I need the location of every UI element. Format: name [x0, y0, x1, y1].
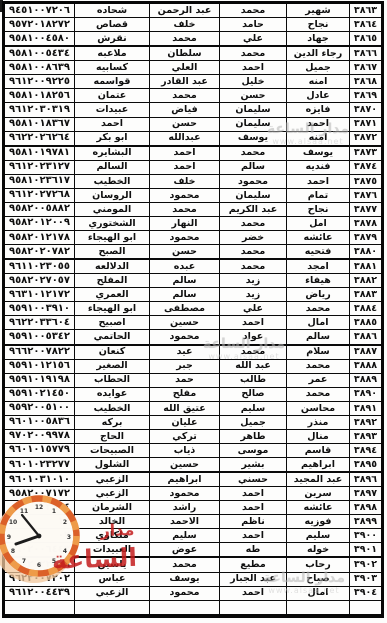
- father-name-cell: حامد: [219, 18, 286, 31]
- father-name-cell: محمد: [219, 147, 286, 160]
- serial-cell: ٣٨٧٣: [349, 147, 381, 160]
- national-number-cell: ٩٥٨١٠٢٣٦١٧: [5, 175, 74, 188]
- grandfather-name-cell: حسين: [149, 458, 219, 471]
- grandfather-name-cell: حسين: [149, 316, 219, 329]
- grandfather-name-cell: النهار: [149, 217, 219, 230]
- family-name-cell: الزعبي: [74, 487, 149, 500]
- grandfather-name-cell: عبدالله: [149, 132, 219, 145]
- serial-cell: ٣٨٩٣: [349, 430, 381, 443]
- father-name-cell: عبد الله: [219, 360, 286, 373]
- father-name-cell: جميل: [219, 416, 286, 429]
- father-name-cell: محمود: [219, 175, 286, 188]
- table-row: ٣٨٨٩عمرطالبحمدالحطاب٩٥٩١٠١٩١٩٨: [5, 374, 381, 388]
- national-number-cell: ٩٥٨٢٠٢٠٧٨٢: [5, 245, 74, 258]
- father-name-cell: بشير: [219, 458, 286, 471]
- national-number-cell: ٩٧٠٢٠٠٩٩٧٨: [5, 430, 74, 443]
- father-name-cell: سليمان: [219, 103, 286, 116]
- serial-cell: ٣٨٧٧: [349, 203, 381, 216]
- father-name-cell: سليم: [219, 402, 286, 415]
- father-name-cell: محمد: [219, 47, 286, 60]
- first-name-cell: امنه: [286, 75, 349, 88]
- serial-cell: ٣٨٩٢: [349, 416, 381, 429]
- family-name-cell: ابو بكر: [74, 132, 149, 145]
- table-row: ٣٨٩٥ابراهيمبشيرحسينالشلول٩٦٠١٠٢٣٢٧٧: [5, 458, 381, 472]
- father-name-cell: مطيع: [219, 558, 286, 571]
- national-number-cell: ٩٥٩١٠٠٥٣٤٢: [5, 330, 74, 343]
- serial-cell: ٣٨٩٩: [349, 515, 381, 528]
- national-number-cell: ٩٥٧٢٠١٨٢٧٢: [5, 18, 74, 31]
- table-row: ٣٨٦٧جميلاحمدالعليكسابيه٩٥٨١٠٠٨٦٣٩: [5, 61, 381, 75]
- father-name-cell: عبد الكريم: [219, 203, 286, 216]
- first-name-cell: نجاح: [286, 203, 349, 216]
- family-name-cell: الزعبي: [74, 473, 149, 486]
- national-number-cell: ٩٤٥١٠٠٧٢٠٦: [5, 4, 74, 17]
- grandfather-name-cell: يوسف: [149, 573, 219, 586]
- father-name-cell: صالح: [219, 388, 286, 401]
- national-number-cell: ٩٦٠٢٠٢٢٤٤٩: [5, 558, 74, 571]
- grandfather-name-cell: عبد القادر: [149, 75, 219, 88]
- serial-cell: ٣٨٨٨: [349, 360, 381, 373]
- serial-cell: ٣٨٩٦: [349, 473, 381, 486]
- father-name-cell: احمد: [219, 61, 286, 74]
- grandfather-name-cell: حسن: [149, 118, 219, 131]
- grandfather-name-cell: احمد: [149, 161, 219, 174]
- family-name-cell: الزعبي: [74, 587, 149, 600]
- national-number-cell: ٩٥٨١٠٠٥٤٣٤: [5, 47, 74, 60]
- father-name-cell: طه: [219, 543, 286, 556]
- family-name-cell: الحاتمي: [74, 330, 149, 343]
- national-number-cell: ٩٦١٢٠٢٣١٢٧: [5, 161, 74, 174]
- family-name-cell: الشرمان: [74, 501, 149, 514]
- serial-cell: ٣٨٧٩: [349, 231, 381, 244]
- national-number-cell: ٩٦٠٢٠٠٦٤٤٣: [5, 543, 74, 556]
- national-number-cell: ٩٥٨١٠٠٤٥٨٠: [5, 32, 74, 45]
- table-row: ٣٨٧٩عائشهخضرمحمودابو الهيجاء٩٥٨٢٠١٢١٧٨: [5, 231, 381, 245]
- first-name-cell: جميل: [286, 61, 349, 74]
- table-row: ٣٨٨٢هيفاءزيدسالمالمفلح٩٥٨٢٠٢٧٠٥٧: [5, 274, 381, 288]
- grandfather-name-cell: عيد: [149, 346, 219, 359]
- serial-cell: ٣٨٦٨: [349, 75, 381, 88]
- family-name-cell: المفلح: [74, 274, 149, 287]
- family-name-cell: احمد: [74, 118, 149, 131]
- family-name-cell: ملكاوي: [74, 529, 149, 542]
- father-name-cell: يوسف: [219, 132, 286, 145]
- first-name-cell: رحاب: [286, 558, 349, 571]
- national-number-cell: ٩٥٨٢٠١٢٠٠٩: [5, 217, 74, 230]
- father-name-cell: محمد: [219, 4, 286, 17]
- grandfather-name-cell: محمد: [149, 203, 219, 216]
- father-name-cell: احمد: [219, 487, 286, 500]
- grandfather-name-cell: سلطان: [149, 47, 219, 60]
- table-row: ٣٨٩٩فوزيهناظمالاحمدالخالد١٧: [5, 515, 381, 529]
- father-name-cell: علي: [219, 302, 286, 315]
- table-row: ٣٨٧٤فنديهسالماحمدالسالم٩٦١٢٠٢٣١٢٧: [5, 161, 381, 175]
- serial-cell: ٣٨٩٤: [349, 444, 381, 457]
- serial-cell: ٣٨٦٩: [349, 89, 381, 102]
- first-name-cell: رجاء الدين: [286, 47, 349, 60]
- national-number-cell: ٩٥٨٢٠٠٧١٧٢: [5, 487, 74, 500]
- first-name-cell: يوسف: [286, 147, 349, 160]
- national-number-cell: ٩٦٢٢٠٠٧٢٠٢: [5, 573, 74, 586]
- serial-cell: ٣٨٧١: [349, 118, 381, 131]
- national-number-cell: ٩٥٩١٠٢١٤٥٠: [5, 388, 74, 401]
- national-number-cell: ٩٦٠١٠١٥٧٧٩: [5, 444, 74, 457]
- table-row: ٣٨٩٧سريناحمدمحمودالزعبي٩٥٨٢٠٠٧١٧٢: [5, 487, 381, 501]
- national-number-cell: ٩٥٨٢٠٢٧٠٥٧: [5, 274, 74, 287]
- family-name-cell: العمري: [74, 288, 149, 301]
- grandfather-name-cell: محمود: [149, 231, 219, 244]
- table-row: ٣٩٠٠سليماحمدسليمملكاوي٠٧: [5, 529, 381, 543]
- father-name-cell: [219, 601, 286, 614]
- grandfather-name-cell: عوض: [149, 543, 219, 556]
- national-number-cell: ٩٦٠١٠٢٣٢٧٧: [5, 458, 74, 471]
- first-name-cell: امنه: [286, 132, 349, 145]
- national-number-cell: ٩٥٩٢٠٠٥١٠٠: [5, 402, 74, 415]
- table-row: ٣٨٨١امجدمحمدعبدهالدلالعه٩٦١١٠٢٣٠٥٥: [5, 259, 381, 274]
- table-row: ٣٨٦٣شهيرمحمدعبد الرحمنشحاده٩٤٥١٠٠٧٢٠٦: [5, 4, 381, 18]
- family-name-cell: ملاعبه: [74, 47, 149, 60]
- table-row: ٣٨٧١احمدسليمانحسناحمد٩٥٨١٠١٨٣٦٧: [5, 118, 381, 132]
- national-number-cell: ٩٦٢٢٠٢٦٢٦٤: [5, 132, 74, 145]
- grandfather-name-cell: احمد: [149, 147, 219, 160]
- grandfather-name-cell: الاحمد: [149, 515, 219, 528]
- grandfather-name-cell: تركي: [149, 430, 219, 443]
- serial-cell: ٣٩٠٢: [349, 558, 381, 571]
- father-name-cell: طالب: [219, 374, 286, 387]
- table-row: ٣٨٩٠محمدصالحمفلحعوايده٩٥٩١٠٢١٤٥٠: [5, 388, 381, 402]
- grandfather-name-cell: [149, 601, 219, 614]
- national-number-cell: ٩٥٩١٠٠٣٩١٠: [5, 302, 74, 315]
- serial-cell: ٣٨٩٠: [349, 388, 381, 401]
- first-name-cell: شهير: [286, 4, 349, 17]
- serial-cell: ٣٩٠٣: [349, 573, 381, 586]
- first-name-cell: سليم: [286, 529, 349, 542]
- national-number-cell: ٠٣٩٩٤: [5, 501, 74, 514]
- table-row: ٣٨٨٤محمدعليمصطفىابو الهيجاء٩٥٩١٠٠٣٩١٠: [5, 302, 381, 316]
- family-name-cell: [74, 601, 149, 614]
- table-row: ٣٨٦٩عادلحسنمحمدعتمان٩٥٨١٠١٨٢٥٦: [5, 89, 381, 103]
- grandfather-name-cell: خلف: [149, 18, 219, 31]
- father-name-cell: عبد الجبار: [219, 573, 286, 586]
- father-name-cell: محمد: [219, 217, 286, 230]
- serial-cell: ٣٨٧٨: [349, 217, 381, 230]
- family-name-cell: الشختوري: [74, 217, 149, 230]
- grandfather-name-cell: راشد: [149, 501, 219, 514]
- grandfather-name-cell: عتيق الله: [149, 402, 219, 415]
- serial-cell: ٣٨٨٠: [349, 245, 381, 258]
- family-name-cell: الصبح: [74, 245, 149, 258]
- serial-cell: ٣٨٨٥: [349, 316, 381, 329]
- national-number-cell: ٠٧: [5, 529, 74, 542]
- serial-cell: ٣٩٠١: [349, 543, 381, 556]
- family-name-cell: الصبيحات: [74, 444, 149, 457]
- family-name-cell: الروسان: [74, 189, 149, 202]
- family-name-cell: الدلالعه: [74, 260, 149, 273]
- first-name-cell: امجد: [286, 260, 349, 273]
- table-row: ٣٨٦٤نجاححامدخلفقصاص٩٥٧٢٠١٨٢٧٢: [5, 18, 381, 32]
- family-name-cell: الحاج: [74, 430, 149, 443]
- family-name-cell: كنعان: [74, 346, 149, 359]
- table-row: ٣٨٩٣منالطاهرتركيالحاج٩٧٠٢٠٠٩٩٧٨: [5, 430, 381, 444]
- serial-cell: ٣٨٨١: [349, 260, 381, 273]
- serial-cell: ٣٨٩٧: [349, 487, 381, 500]
- family-name-cell: السالم: [74, 161, 149, 174]
- national-number-cell: ٩٥٨١٠١٩٧٨١: [5, 147, 74, 160]
- family-name-cell: الخالد: [74, 515, 149, 528]
- national-number-cell: ٩٥٨١٠١٨٢٥٦: [5, 89, 74, 102]
- serial-cell: ٣٨٨٩: [349, 374, 381, 387]
- family-name-cell: البشايره: [74, 147, 149, 160]
- table-row: ٣٨٨٥امالاحمدحسيناصبيح٩٦٢٢٠٣٣٦٠٤: [5, 316, 381, 330]
- serial-cell: ٣٨٧٦: [349, 189, 381, 202]
- first-name-cell: عمر: [286, 374, 349, 387]
- national-number-cell: ٩٥٨٢٠٠٥٨٨٢: [5, 203, 74, 216]
- national-number-cell: ٩٦٦٢٠٠٧٨٢٢: [5, 346, 74, 359]
- table-row: ٣٨٨٧سلاممحمدعيدكنعان٩٦٦٢٠٠٧٨٢٢: [5, 345, 381, 360]
- father-name-cell: موسى: [219, 444, 286, 457]
- family-name-cell: عبيدات: [74, 103, 149, 116]
- national-number-cell: ٩٥٨١٠٠٨٦٣٩: [5, 61, 74, 74]
- family-name-cell: العبيدات: [74, 543, 149, 556]
- father-name-cell: سليمان: [219, 118, 286, 131]
- serial-cell: ٣٨٨٧: [349, 346, 381, 359]
- serial-cell: ٣٨٧٢: [349, 132, 381, 145]
- grandfather-name-cell: سالم: [149, 288, 219, 301]
- table-row: ٣٨٩١محاسنسليمعتيق اللهالخطيب٩٥٩٢٠٠٥١٠٠: [5, 402, 381, 416]
- father-name-cell: علي: [219, 32, 286, 45]
- serial-cell: ٣٨٧٥: [349, 175, 381, 188]
- family-name-cell: الخطيب: [74, 175, 149, 188]
- serial-cell: ٣٨٦٧: [349, 61, 381, 74]
- first-name-cell: امل: [286, 217, 349, 230]
- family-name-cell: ابو الهيجاء: [74, 302, 149, 315]
- father-name-cell: محمد: [219, 346, 286, 359]
- family-name-cell: شحاده: [74, 4, 149, 17]
- table-row: ٣٨٨٣رياضزيدسالمالعمري٩٦٣١٠١٢١٧٢: [5, 288, 381, 302]
- first-name-cell: نجاح: [286, 18, 349, 31]
- first-name-cell: محمد: [286, 360, 349, 373]
- family-name-cell: كسابيه: [74, 61, 149, 74]
- serial-cell: ٣٨٩١: [349, 402, 381, 415]
- first-name-cell: سالم: [286, 330, 349, 343]
- national-number-cell: ١٧: [5, 515, 74, 528]
- father-name-cell: احمد: [219, 529, 286, 542]
- first-name-cell: سلام: [286, 346, 349, 359]
- national-number-cell: ٩٦٣١٠١٢١٧٢: [5, 288, 74, 301]
- first-name-cell: عبد المجيد: [286, 473, 349, 486]
- grandfather-name-cell: مفلح: [149, 388, 219, 401]
- grandfather-name-cell: العلي: [149, 61, 219, 74]
- father-name-cell: حسني: [219, 473, 286, 486]
- family-name-cell: قصاص: [74, 18, 149, 31]
- names-table: ٣٨٦٣شهيرمحمدعبد الرحمنشحاده٩٤٥١٠٠٧٢٠٦٣٨٦…: [2, 1, 384, 618]
- father-name-cell: احمد: [219, 587, 286, 600]
- first-name-cell: هيفاء: [286, 274, 349, 287]
- first-name-cell: ابراهيم: [286, 458, 349, 471]
- serial-cell: ٣٨٨٦: [349, 330, 381, 343]
- first-name-cell: قاسم: [286, 444, 349, 457]
- father-name-cell: زيد: [219, 288, 286, 301]
- grandfather-name-cell: محمد: [149, 32, 219, 45]
- father-name-cell: سليمان: [219, 189, 286, 202]
- table-row: ٣٨٧٣يوسفمحمداحمدالبشايره٩٥٨١٠١٩٧٨١: [5, 146, 381, 161]
- serial-cell: [349, 601, 381, 614]
- grandfather-name-cell: حمد: [149, 374, 219, 387]
- first-name-cell: [286, 601, 349, 614]
- family-name-cell: نقرش: [74, 32, 149, 45]
- grandfather-name-cell: فياض: [149, 103, 219, 116]
- father-name-cell: سالم: [219, 161, 286, 174]
- grandfather-name-cell: عبده: [149, 260, 219, 273]
- grandfather-name-cell: محمود: [149, 587, 219, 600]
- first-name-cell: سرين: [286, 487, 349, 500]
- national-number-cell: ٩٦١٢٠٠٤٤٣٩: [5, 587, 74, 600]
- father-name-cell: احمد: [219, 316, 286, 329]
- first-name-cell: احمد: [286, 175, 349, 188]
- first-name-cell: صباح: [286, 573, 349, 586]
- family-name-cell: ابو الهيجاء: [74, 231, 149, 244]
- table-row: ٣٩٠٣صباحعبد الجباريوسفعباس٩٦٢٢٠٠٧٢٠٢: [5, 573, 381, 587]
- table-row: ٣٨٩٨عائشهاحمدراشدالشرمان٠٣٩٩٤: [5, 501, 381, 515]
- table-row-empty: [5, 601, 381, 614]
- father-name-cell: عواد: [219, 330, 286, 343]
- family-name-cell: عوايده: [74, 388, 149, 401]
- national-number-cell: ٩٥٨١٠١٨٣٦٧: [5, 118, 74, 131]
- national-number-cell: ٩٥٩١٠١٢١٥٦: [5, 360, 74, 373]
- table-row: ٣٨٧٨املمحمدالنهارالشختوري٩٥٨٢٠١٢٠٠٩: [5, 217, 381, 231]
- serial-cell: ٣٨٦٤: [349, 18, 381, 31]
- family-name-cell: عتمان: [74, 89, 149, 102]
- table-row: ٣٨٨٠فتحيهمحمدحسنالصبح٩٥٨٢٠٢٠٧٨٢: [5, 245, 381, 259]
- national-number-cell: ٩٦١٢٠٣٠٣١٩: [5, 103, 74, 116]
- serial-cell: ٣٨٦٥: [349, 32, 381, 45]
- serial-cell: ٣٨٨٣: [349, 288, 381, 301]
- table-row: ٣٨٧٢امنهيوسفعبداللهابو بكر٩٦٢٢٠٢٦٢٦٤: [5, 132, 381, 146]
- serial-cell: ٣٨٨٢: [349, 274, 381, 287]
- first-name-cell: امال: [286, 316, 349, 329]
- national-number-cell: ٩٦٠١٠٠٥٨٣٦: [5, 416, 74, 429]
- grandfather-name-cell: محمود: [149, 330, 219, 343]
- grandfather-name-cell: محمود: [149, 189, 219, 202]
- scanned-page: ٣٨٦٣شهيرمحمدعبد الرحمنشحاده٩٤٥١٠٠٧٢٠٦٣٨٦…: [0, 0, 387, 623]
- first-name-cell: محمد: [286, 302, 349, 315]
- family-name-cell: اصبيح: [74, 316, 149, 329]
- father-name-cell: خضر: [219, 231, 286, 244]
- national-number-cell: ٩٦٠١٠٣١٠١٠: [5, 473, 74, 486]
- table-row: ٣٨٦٨امنهخليلعبد القادرقواسمه٩٦١٢٠٠٩٢٢٥: [5, 75, 381, 89]
- serial-cell: ٣٨٦٦: [349, 47, 381, 60]
- table-row: ٣٨٦٦رجاء الدينمحمدسلطانملاعبه٩٥٨١٠٠٥٤٣٤: [5, 46, 381, 61]
- serial-cell: ٣٩٠٤: [349, 587, 381, 600]
- grandfather-name-cell: سالم: [149, 274, 219, 287]
- first-name-cell: فوزيه: [286, 515, 349, 528]
- national-number-cell: ٩٥٩١٠١٩١٩٨: [5, 374, 74, 387]
- first-name-cell: منال: [286, 430, 349, 443]
- first-name-cell: عائشه: [286, 501, 349, 514]
- family-name-cell: الخطيب: [74, 402, 149, 415]
- grandfather-name-cell: جبر: [149, 360, 219, 373]
- table-row: ٣٨٩٢منذرجميلعليانبركه٩٦٠١٠٠٥٨٣٦: [5, 416, 381, 430]
- table-row: ٣٨٨٦سالمعوادمحمودالحاتمي٩٥٩١٠٠٥٣٤٢: [5, 330, 381, 344]
- grandfather-name-cell: محمود: [149, 487, 219, 500]
- national-number-cell: ٩٦١٢٠٢٧٢٦٨: [5, 189, 74, 202]
- father-name-cell: طاهر: [219, 430, 286, 443]
- family-name-cell: الصغير: [74, 360, 149, 373]
- serial-cell: ٣٨٧٤: [349, 161, 381, 174]
- serial-cell: ٣٨٧٠: [349, 103, 381, 116]
- first-name-cell: فايزه: [286, 103, 349, 116]
- grandfather-name-cell: ابراهيم: [149, 473, 219, 486]
- national-number-cell: ٩٦١١٠٢٣٠٥٥: [5, 260, 74, 273]
- grandfather-name-cell: محمد: [149, 558, 219, 571]
- table-row: ٣٨٧٧نجاحعبد الكريممحمدالمومني٩٥٨٢٠٠٥٨٨٢: [5, 203, 381, 217]
- family-name-cell: قواسمه: [74, 75, 149, 88]
- serial-cell: ٣٨٦٣: [349, 4, 381, 17]
- first-name-cell: عادل: [286, 89, 349, 102]
- grandfather-name-cell: محمد: [149, 89, 219, 102]
- table-row: ٣٨٧٠فايزهسليمانفياضعبيدات٩٦١٢٠٣٠٣١٩: [5, 103, 381, 117]
- national-number-cell: [5, 601, 74, 614]
- father-name-cell: ناظم: [219, 515, 286, 528]
- table-row: ٣٩٠٢رحابمطيعمحمدياسين٩٦٠٢٠٢٢٤٤٩: [5, 557, 381, 572]
- first-name-cell: منذر: [286, 416, 349, 429]
- father-name-cell: خليل: [219, 75, 286, 88]
- first-name-cell: عائشه: [286, 231, 349, 244]
- first-name-cell: فتحيه: [286, 245, 349, 258]
- family-name-cell: ياسين: [74, 558, 149, 571]
- first-name-cell: فنديه: [286, 161, 349, 174]
- table-row: ٣٩٠٤امالاحمدمحمودالزعبي٩٦١٢٠٠٤٤٣٩: [5, 587, 381, 601]
- grandfather-name-cell: مصطفى: [149, 302, 219, 315]
- father-name-cell: محمد: [219, 260, 286, 273]
- first-name-cell: محمد: [286, 388, 349, 401]
- grandfather-name-cell: عبد الرحمن: [149, 4, 219, 17]
- table-row: ٣٨٦٥جهادعليمحمدنقرش٩٥٨١٠٠٤٥٨٠: [5, 32, 381, 46]
- first-name-cell: خوله: [286, 543, 349, 556]
- national-number-cell: ٩٥٨٢٠١٢١٧٨: [5, 231, 74, 244]
- grandfather-name-cell: حسن: [149, 245, 219, 258]
- first-name-cell: جهاد: [286, 32, 349, 45]
- father-name-cell: زيد: [219, 274, 286, 287]
- table-row: ٣٩٠١خولهطهعوضالعبيدات٩٦٠٢٠٠٦٤٤٣: [5, 543, 381, 557]
- grandfather-name-cell: سليم: [149, 529, 219, 542]
- serial-cell: ٣٩٠٠: [349, 529, 381, 542]
- grandfather-name-cell: عليان: [149, 416, 219, 429]
- first-name-cell: احمد: [286, 118, 349, 131]
- first-name-cell: رياض: [286, 288, 349, 301]
- table-row: ٣٨٧٦تمامسليمانمحمودالروسان٩٦١٢٠٢٧٢٦٨: [5, 189, 381, 203]
- family-name-cell: الحطاب: [74, 374, 149, 387]
- table-row: ٣٨٩٤قاسمموسىذيابالصبيحات٩٦٠١٠١٥٧٧٩: [5, 444, 381, 458]
- father-name-cell: محمد: [219, 245, 286, 258]
- family-name-cell: المومني: [74, 203, 149, 216]
- father-name-cell: حسن: [219, 89, 286, 102]
- table-row: ٣٨٧٥احمدمحمودخلفالخطيب٩٥٨١٠٢٣٦١٧: [5, 175, 381, 189]
- family-name-cell: عباس: [74, 573, 149, 586]
- father-name-cell: احمد: [219, 501, 286, 514]
- table-row: ٣٨٩٦عبد المجيدحسنيابراهيمالزعبي٩٦٠١٠٣١٠١…: [5, 472, 381, 487]
- grandfather-name-cell: خلف: [149, 175, 219, 188]
- serial-cell: ٣٨٩٨: [349, 501, 381, 514]
- family-name-cell: بركه: [74, 416, 149, 429]
- first-name-cell: محاسن: [286, 402, 349, 415]
- serial-cell: ٣٨٨٤: [349, 302, 381, 315]
- first-name-cell: امال: [286, 587, 349, 600]
- national-number-cell: ٩٦٢٢٠٣٣٦٠٤: [5, 316, 74, 329]
- first-name-cell: تمام: [286, 189, 349, 202]
- national-number-cell: ٩٦١٢٠٠٩٢٢٥: [5, 75, 74, 88]
- serial-cell: ٣٨٩٥: [349, 458, 381, 471]
